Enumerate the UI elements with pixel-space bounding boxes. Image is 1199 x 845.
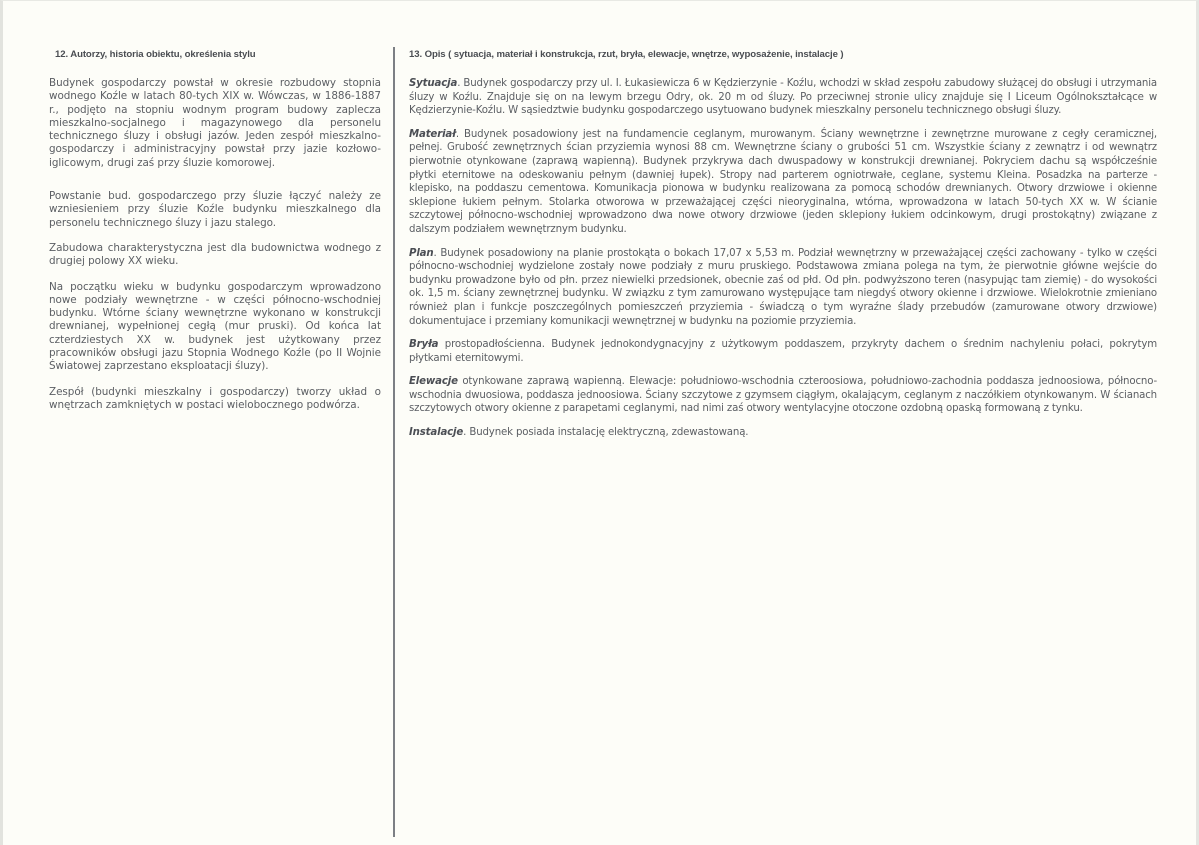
- section-13-description: 13. Opis ( sytuacja, materiał i konstruk…: [409, 49, 1157, 450]
- history-paragraph-2: Powstanie bud. gospodarczego przy śluzie…: [49, 190, 381, 230]
- description-plan: Plan. Budynek posadowiony na planie pros…: [409, 247, 1157, 329]
- situation-heading: Sytuacja: [409, 78, 457, 89]
- material-heading: Materiał: [409, 129, 456, 140]
- installations-heading: Instalacje: [409, 427, 463, 438]
- section-12-title: 12. Autorzy, historia obiektu, określeni…: [55, 49, 381, 60]
- material-text: . Budynek posadowiony jest na fundamenci…: [409, 129, 1157, 235]
- description-massing: Bryła prostopadłościenna. Budynek jednok…: [409, 338, 1157, 365]
- description-elevations: Elewacje otynkowane zaprawą wapienną. El…: [409, 375, 1157, 416]
- description-situation: Sytuacja. Budynek gospodarczy przy ul. I…: [409, 77, 1157, 118]
- history-paragraph-5: Zespół (budynki mieszkalny i gospodarczy…: [49, 386, 381, 413]
- history-paragraph-4: Na początku wieku w budynku gospodarczym…: [49, 281, 381, 374]
- elevations-heading: Elewacje: [409, 376, 458, 387]
- elevations-text: otynkowane zaprawą wapienną. Elewacje: p…: [409, 376, 1157, 414]
- plan-text: . Budynek posadowiony na planie prostoką…: [409, 248, 1157, 327]
- history-paragraph-1: Budynek gospodarczy powstał w okresie ro…: [49, 77, 381, 170]
- installations-text: . Budynek posiada instalację elektryczną…: [463, 427, 748, 438]
- history-paragraph-3: Zabudowa charakterystyczna jest dla budo…: [49, 242, 381, 269]
- description-material: Materiał. Budynek posadowiony jest na fu…: [409, 128, 1157, 237]
- section-13-title: 13. Opis ( sytuacja, materiał i konstruk…: [409, 49, 1157, 60]
- document-page: 12. Autorzy, historia obiektu, określeni…: [0, 0, 1199, 845]
- section-12-history: 12. Autorzy, historia obiektu, określeni…: [49, 49, 381, 424]
- massing-text: prostopadłościenna. Budynek jednokondygn…: [409, 339, 1157, 364]
- massing-heading: Bryła: [409, 339, 438, 350]
- plan-heading: Plan: [409, 248, 434, 259]
- column-divider: [393, 47, 395, 837]
- description-installations: Instalacje. Budynek posiada instalację e…: [409, 426, 1157, 440]
- situation-text: . Budynek gospodarczy przy ul. I. Łukasi…: [409, 78, 1157, 116]
